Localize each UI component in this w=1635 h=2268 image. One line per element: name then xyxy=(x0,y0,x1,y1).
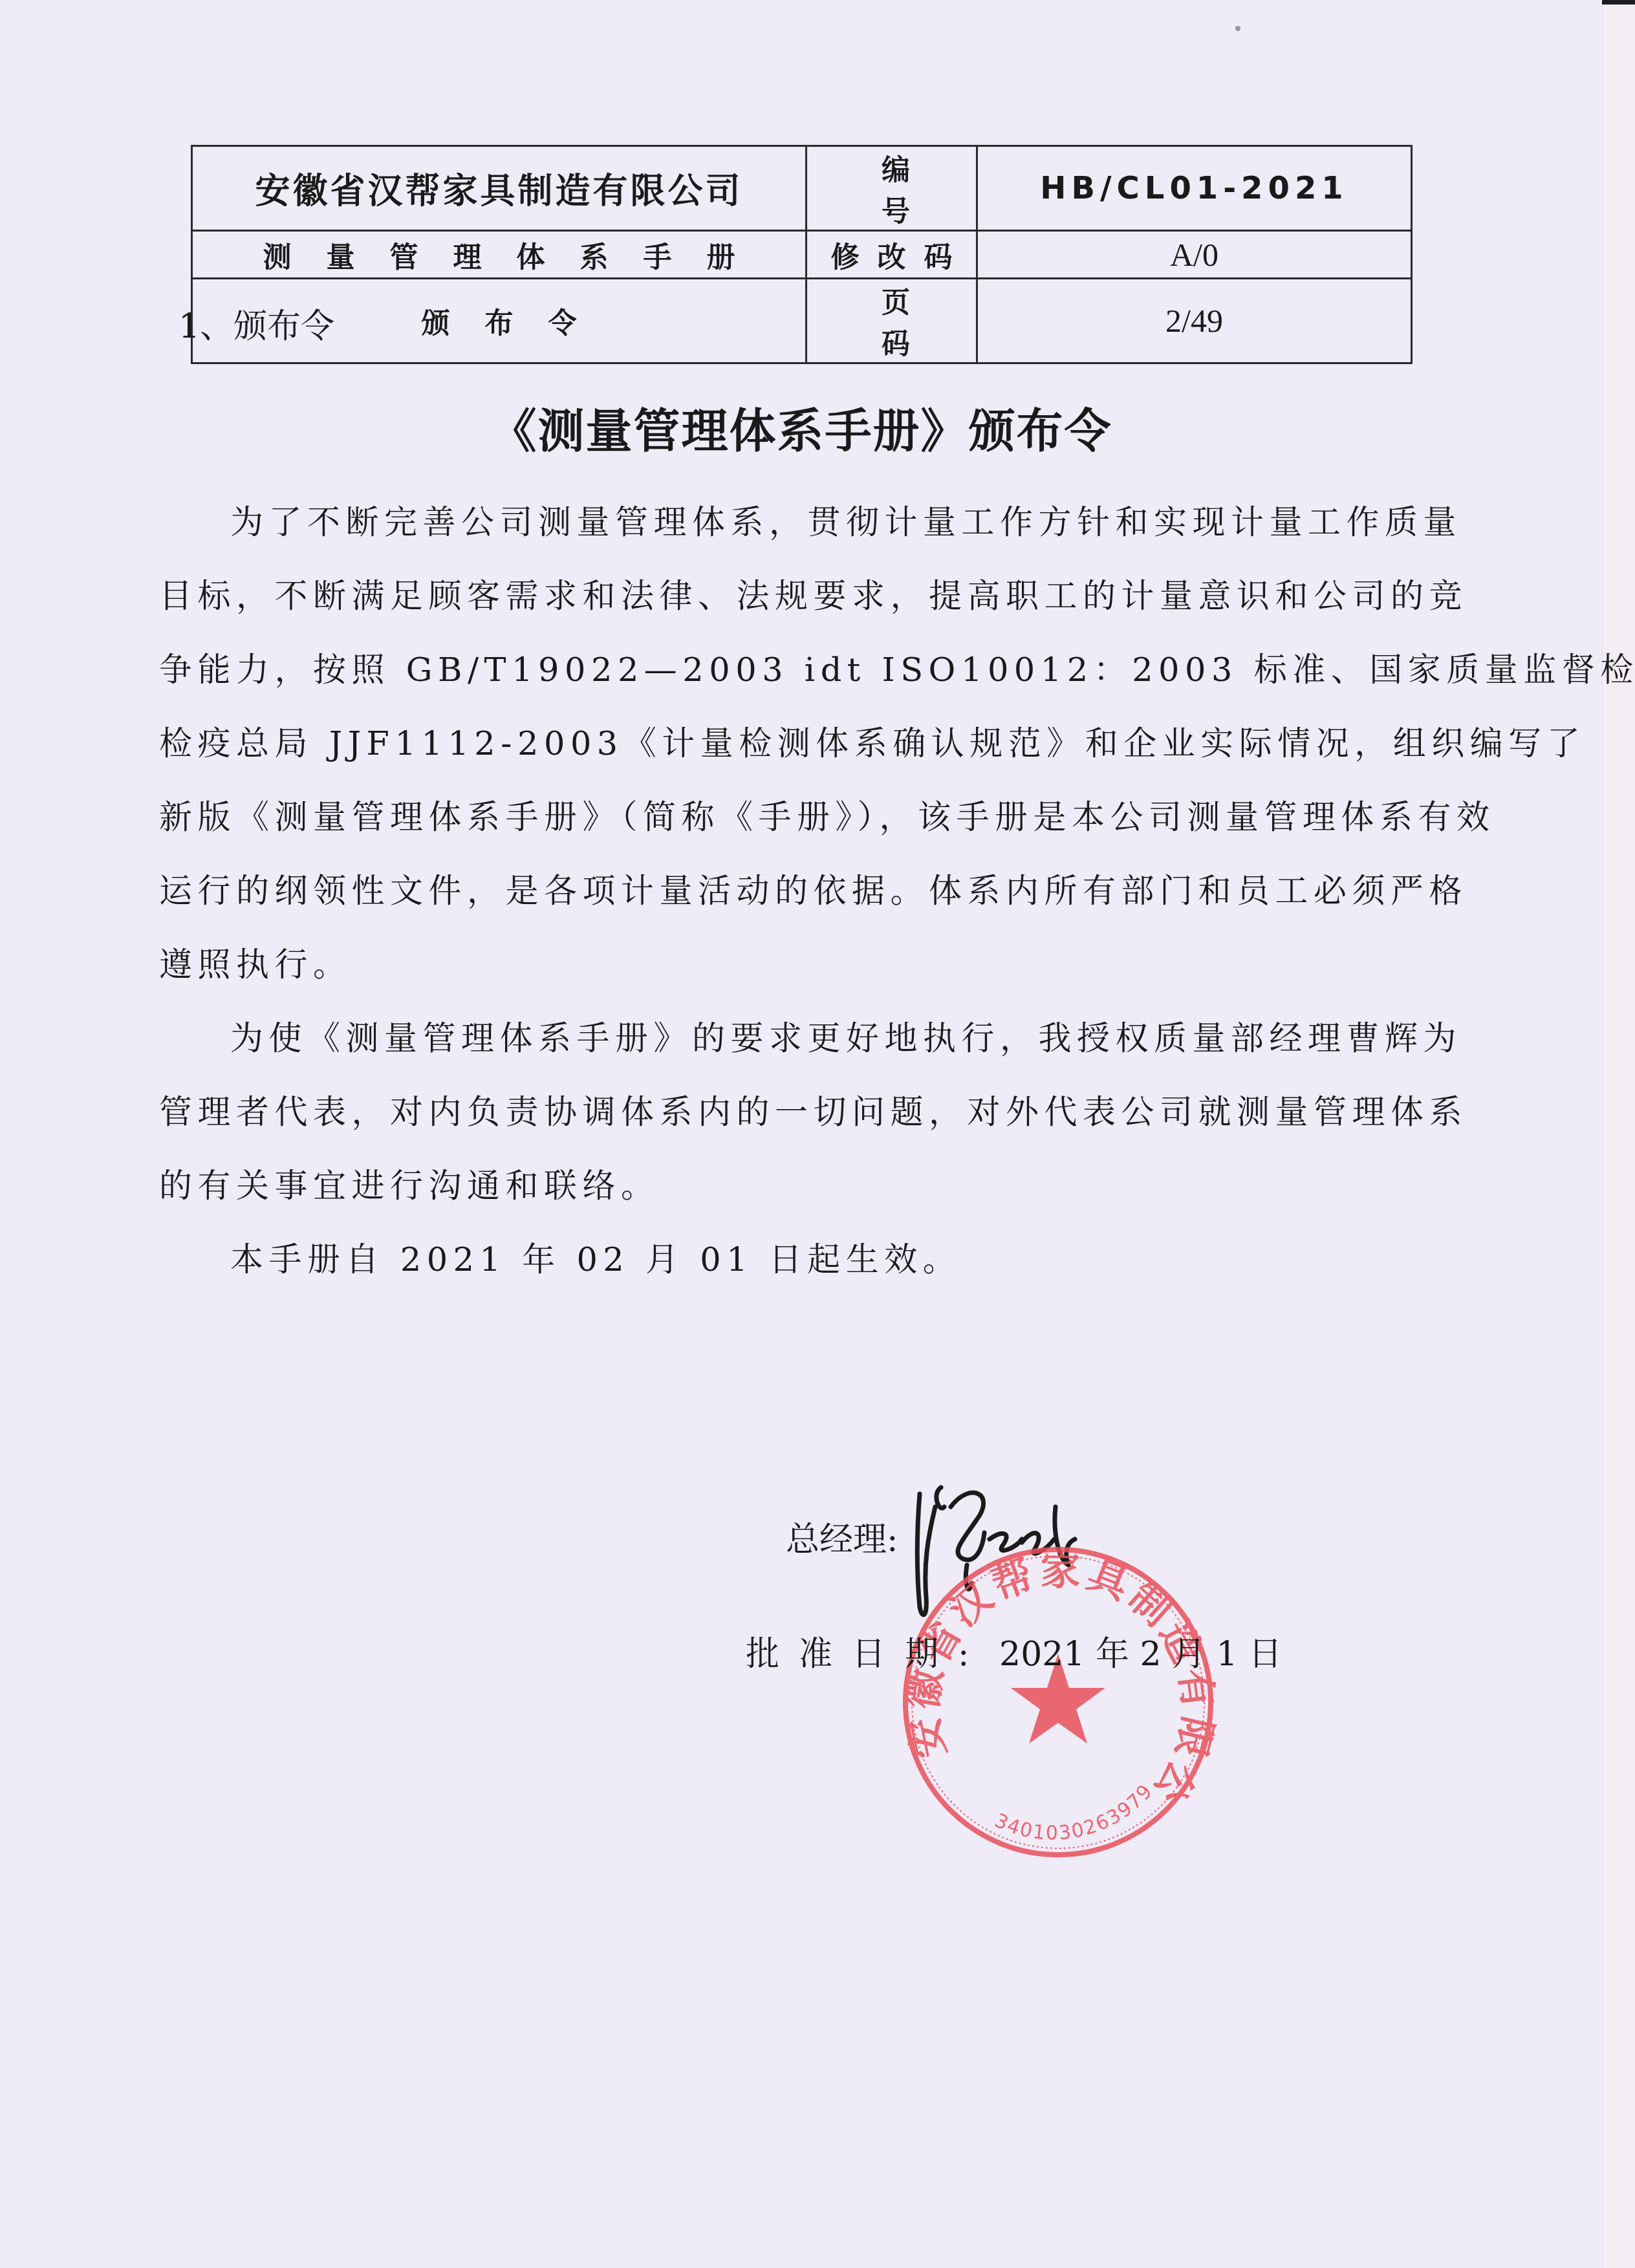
paragraph-effective-date: 本手册自 2021 年 02 月 01 日起生效。 xyxy=(159,1224,1447,1297)
paragraph-line: 为了不断完善公司测量管理体系，贯彻计量工作方针和实现计量工作质量 xyxy=(159,486,1447,560)
doc-number-label: 编号 xyxy=(807,146,977,231)
paragraph-line: 为使《测量管理体系手册》的要求更好地执行，我授权质量部经理曹辉为 xyxy=(159,1002,1447,1076)
approval-date-label: 批准日期: xyxy=(746,1635,989,1674)
company-seal-stamp: 安徽省汉帮家具制造有限公司 3401030263979 xyxy=(896,1540,1220,1864)
paragraph-line: 管理者代表，对内负责协调体系内的一切问题，对外代表公司就测量管理体系 xyxy=(159,1076,1447,1150)
page-value: 2/49 xyxy=(977,279,1412,363)
approval-date-value: 2021 年 2 月 1 日 xyxy=(999,1635,1282,1674)
paragraph-line: 本手册自 2021 年 02 月 01 日起生效。 xyxy=(159,1224,1447,1297)
general-manager-label: 总经理: xyxy=(786,1512,898,1561)
paragraph-line: 新版《测量管理体系手册》（简称《手册》），该手册是本公司测量管理体系有效 xyxy=(159,781,1447,855)
paragraph-purpose: 为了不断完善公司测量管理体系，贯彻计量工作方针和实现计量工作质量 目标，不断满足… xyxy=(159,486,1447,1002)
manual-name: 测量管理体系手册 xyxy=(192,231,807,279)
paragraph-authorization: 为使《测量管理体系手册》的要求更好地执行，我授权质量部经理曹辉为 管理者代表，对… xyxy=(159,1002,1447,1224)
revision-label: 修改码 xyxy=(807,231,977,279)
document-title: 《测量管理体系手册》颁布令 xyxy=(0,393,1602,460)
section-heading: 1、颁布令 xyxy=(179,299,334,347)
doc-number-value: HB/CL01-2021 xyxy=(977,146,1412,231)
paragraph-line: 争能力，按照 GB/T19022—2003 idt ISO10012：2003 … xyxy=(159,634,1447,707)
paragraph-line: 的有关事宜进行沟通和联络。 xyxy=(159,1150,1447,1224)
scan-edge-mark xyxy=(1602,0,1635,5)
page-label: 页码 xyxy=(807,279,977,363)
paragraph-line: 运行的纲领性文件，是各项计量活动的依据。体系内所有部门和员工必须严格 xyxy=(159,855,1447,929)
paragraph-line: 检疫总局 JJF1112-2003《计量检测体系确认规范》和企业实际情况，组织编… xyxy=(159,707,1447,781)
approval-date-line: 批准日期: 2021 年 2 月 1 日 xyxy=(746,1626,1282,1675)
paragraph-line: 目标，不断满足顾客需求和法律、法规要求，提高职工的计量意识和公司的竞 xyxy=(159,560,1447,634)
paragraph-line: 遵照执行。 xyxy=(159,929,1447,1002)
document-header-table: 安徽省汉帮家具制造有限公司 编号 HB/CL01-2021 测量管理体系手册 修… xyxy=(191,145,1413,364)
revision-value: A/0 xyxy=(977,231,1412,279)
company-name: 安徽省汉帮家具制造有限公司 xyxy=(192,146,807,231)
scan-speck xyxy=(1235,26,1240,31)
